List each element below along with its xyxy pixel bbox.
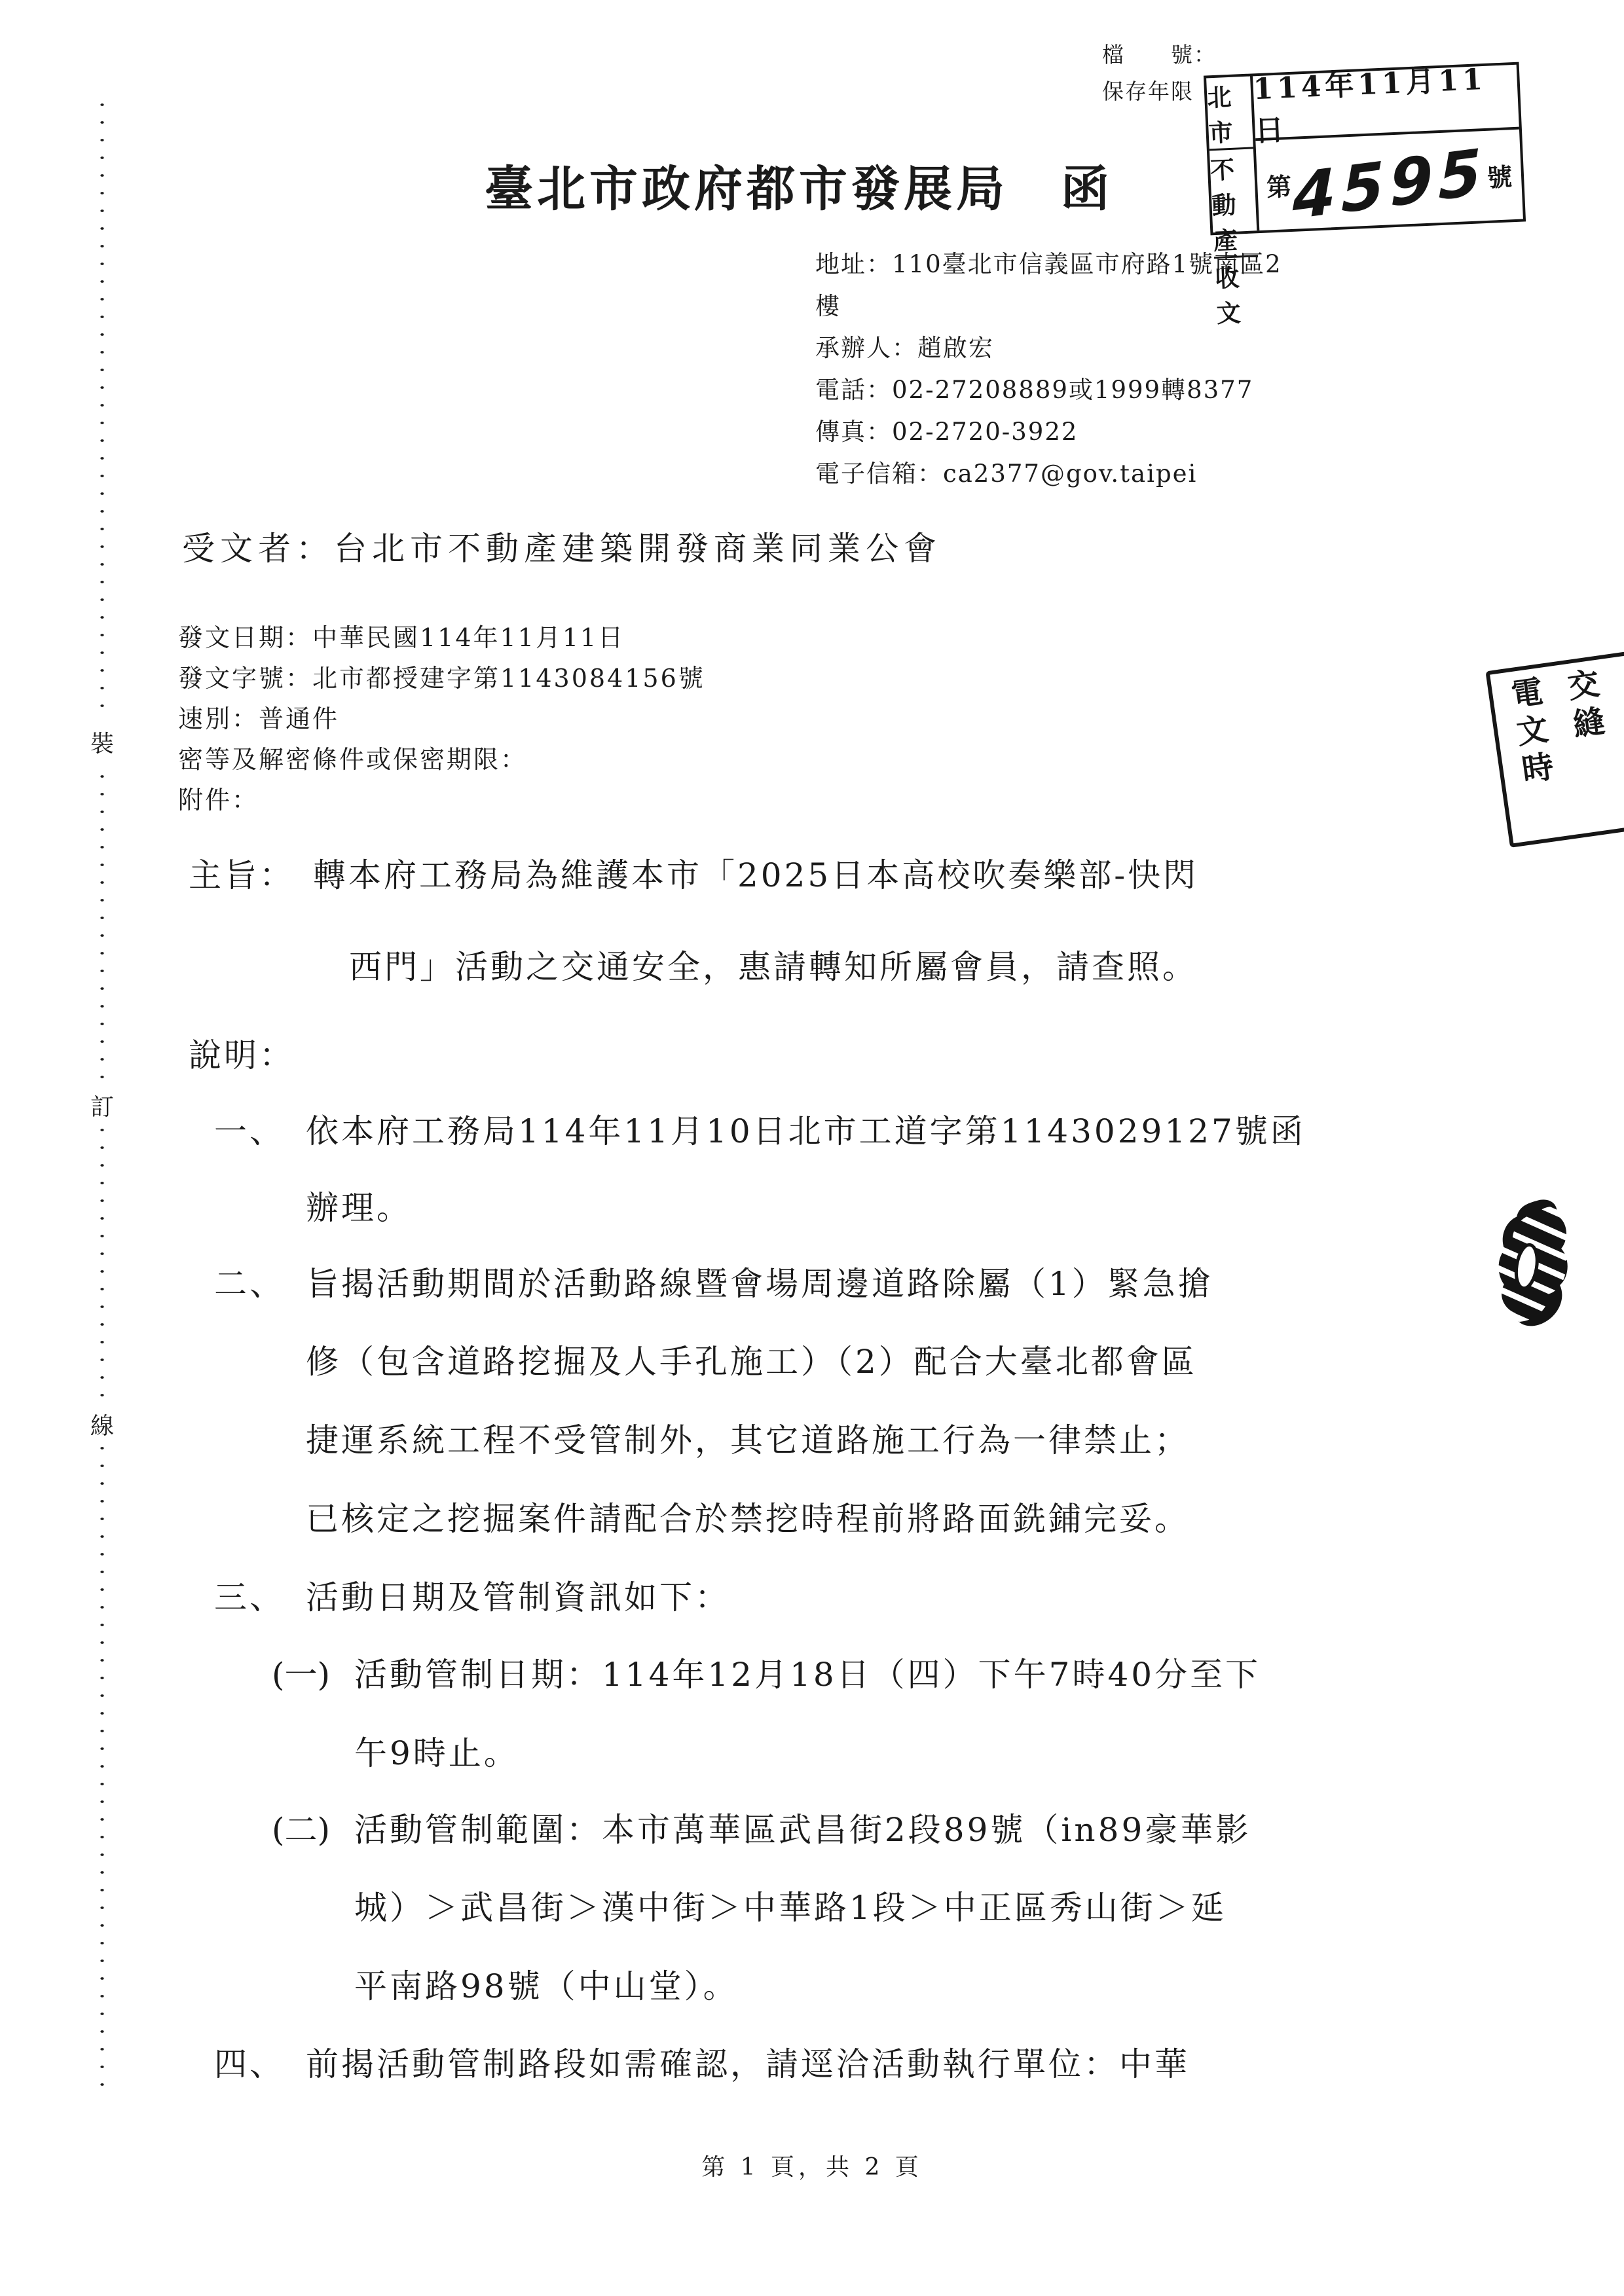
electronic-exchange-stamp: 電文時 交縫	[1485, 646, 1624, 848]
item-2-number: 二、	[214, 1258, 306, 1305]
doc-number-line: 發文字號：北市都授建字第1143084156號	[178, 658, 705, 694]
item-4-line-1: 四、前揭活動管制路段如需確認，請逕洽活動執行單位：中華	[214, 2038, 1190, 2085]
speed-line: 速別：普通件	[178, 699, 339, 735]
item-3-sub-2-number: (二)	[272, 1804, 354, 1851]
stamp-number-suffix: 號	[1486, 156, 1513, 194]
issue-date-line: 發文日期：中華民國114年11月11日	[178, 617, 625, 653]
ink-smudge	[1495, 1197, 1572, 1336]
received-stamp: 北市 不動產 收文 114年11月11日 第 4595 號	[1204, 62, 1526, 236]
item-3-sub-2-line-1: (二)活動管制範圍：本市萬華區武昌街2段89號（in89豪華影	[272, 1804, 1251, 1851]
file-number-label: 檔 號：	[1102, 38, 1217, 69]
sender-address-line1: 地址：110臺北市信義區市府路1號南區2	[815, 244, 1282, 285]
item-3-text-1: 活動日期及管制資訊如下：	[306, 1578, 730, 1616]
stamp-org-row2: 不動產	[1209, 149, 1258, 259]
item-3-line-1: 三、活動日期及管制資訊如下：	[214, 1571, 730, 1618]
item-3-sub-1-line-1: (一)活動管制日期：114年12月18日（四）下午7時40分至下	[272, 1649, 1261, 1696]
security-line: 密等及解密條件或保密期限：	[178, 739, 527, 775]
item-1-text-1: 依本府工務局114年11月10日北市工道字第1143029127號函	[306, 1112, 1306, 1150]
explanation-label: 說明：	[189, 1029, 295, 1076]
sender-contact-block: 地址：110臺北市信義區市府路1號南區2 樓 承辦人：趙啟宏 電話：02-272…	[815, 244, 1282, 495]
item-4-number: 四、	[214, 2038, 306, 2085]
page-footer: 第 1 頁，共 2 頁	[0, 2149, 1624, 2182]
stamp-number-handwritten: 4595	[1292, 134, 1487, 234]
stamp-number-prefix: 第	[1266, 166, 1292, 204]
subject-text-1: 轉本府工務局為維護本市「2025日本高校吹奏樂部-快閃	[313, 856, 1198, 894]
recipient-line: 受文者：台北市不動產建築開發商業同業公會	[182, 522, 942, 570]
sender-email: 電子信箱：ca2377@gov.taipei	[815, 453, 1282, 495]
item-4-text-1: 前揭活動管制路段如需確認，請逕洽活動執行單位：中華	[306, 2045, 1190, 2083]
stamp-received-date: 114年11月11日	[1253, 65, 1519, 141]
item-2-line-1: 二、旨揭活動期間於活動路線暨會場周邊道路除屬（1）緊急搶	[214, 1258, 1213, 1305]
item-2-line-4: 已核定之挖掘案件請配合於禁挖時程前將路面銑鋪完妥。	[306, 1493, 1190, 1540]
item-2-text-1: 旨揭活動期間於活動路線暨會場周邊道路除屬（1）緊急搶	[306, 1265, 1213, 1303]
scanned-official-letter-page: 裝 訂 線 檔 號： 保存年限 北市 不動產 收文 114年11月11日 第 4…	[0, 0, 1624, 2296]
binding-mark-xian: 線	[89, 1402, 115, 1446]
binding-mark-zhuang: 裝	[89, 720, 115, 764]
side-stamp-column-2: 交縫	[1557, 666, 1623, 828]
item-1-line-2: 辦理。	[306, 1182, 412, 1229]
item-2-line-3: 捷運系統工程不受管制外，其它道路施工行為一律禁止；	[306, 1414, 1190, 1461]
retention-period-label: 保存年限	[1102, 75, 1194, 105]
subject-line-2: 西門」活動之交通安全，惠請轉知所屬會員，請查照。	[349, 941, 1198, 988]
stamp-received-number-row: 第 4595 號	[1255, 130, 1523, 230]
subject-label: 主旨：	[189, 849, 313, 896]
received-stamp-org-column: 北市 不動產 收文	[1206, 76, 1259, 232]
stamp-org-row1: 北市	[1206, 77, 1253, 151]
item-1-line-1: 一、依本府工務局114年11月10日北市工道字第1143029127號函	[214, 1105, 1306, 1152]
subject-line-1: 主旨：轉本府工務局為維護本市「2025日本高校吹奏樂部-快閃	[189, 849, 1198, 896]
item-1-number: 一、	[214, 1105, 306, 1152]
item-3-sub-2-line-2: 城）＞武昌街＞漢中街＞中華路1段＞中正區秀山街＞延	[354, 1882, 1227, 1929]
item-3-sub-2-text-1: 活動管制範圍：本市萬華區武昌街2段89號（in89豪華影	[354, 1811, 1251, 1849]
sender-phone: 電話：02-27208889或1999轉8377	[815, 369, 1282, 411]
sender-address-line2: 樓	[815, 285, 1282, 327]
sender-fax: 傳真：02-2720-3922	[815, 411, 1282, 453]
item-2-line-2: 修（包含道路挖掘及人手孔施工）（2）配合大臺北都會區	[306, 1336, 1197, 1383]
document-title: 臺北市政府都市發展局 函	[485, 151, 1113, 220]
item-3-sub-1-text-1: 活動管制日期：114年12月18日（四）下午7時40分至下	[354, 1656, 1261, 1694]
sender-officer: 承辦人：趙啟宏	[815, 327, 1282, 369]
item-3-sub-1-number: (一)	[272, 1649, 354, 1696]
item-3-sub-1-line-2: 午9時止。	[354, 1727, 519, 1774]
side-stamp-column-1: 電文時	[1500, 674, 1566, 835]
item-3-sub-2-line-3: 平南路98號（中山堂）。	[354, 1960, 739, 2007]
attachment-line: 附件：	[178, 780, 259, 816]
item-3-number: 三、	[214, 1571, 306, 1618]
binding-mark-ding: 訂	[89, 1084, 115, 1127]
